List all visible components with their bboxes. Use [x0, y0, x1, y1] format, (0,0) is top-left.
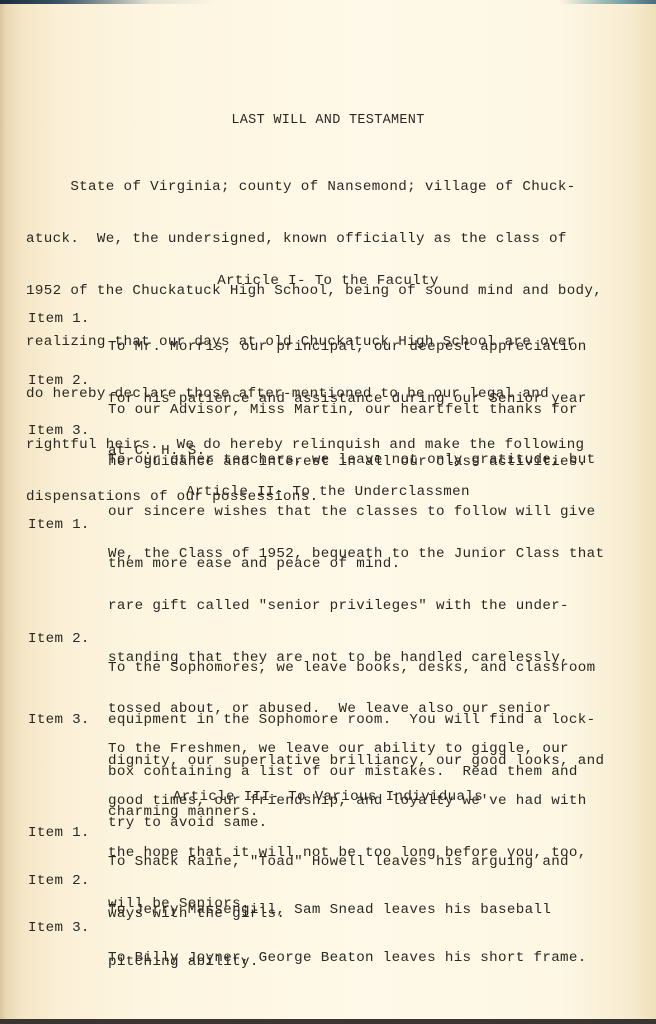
item-label: Item 3.	[28, 920, 90, 936]
document-title: LAST WILL AND TESTAMENT	[0, 113, 656, 128]
item-line: To Billy Joyner, George Beaton leaves hi…	[108, 950, 587, 967]
item-label: Item 2.	[28, 631, 90, 647]
preamble-line: atuck. We, the undersigned, known offici…	[26, 231, 602, 248]
scan-edge-bottom	[0, 1019, 656, 1024]
item-line: To our other teachers, we leave not only…	[108, 452, 596, 469]
item-label: Item 1.	[28, 825, 90, 841]
item-label: Item 1.	[28, 311, 90, 327]
item-label: Item 3.	[28, 712, 90, 728]
item-line: To Mr. Morris, our principal, our deepes…	[108, 339, 587, 356]
article-heading: Article III- To Various Individuals	[0, 789, 656, 805]
article-heading: Article I- To the Faculty	[0, 273, 656, 289]
article-heading: Article II- To the Underclassmen	[0, 484, 656, 500]
item-line: We, the Class of 1952, bequeath to the J…	[108, 546, 604, 563]
item-line: To the Sophomores, we leave books, desks…	[108, 660, 596, 677]
item-label: Item 2.	[28, 373, 90, 389]
item-line: rare gift called "senior privileges" wit…	[108, 598, 604, 615]
scan-edge-top	[0, 0, 656, 4]
item-text: To Billy Joyner, George Beaton leaves hi…	[108, 916, 587, 1002]
preamble-line: State of Virginia; county of Nansemond; …	[26, 179, 602, 196]
item-line: To the Freshmen, we leave our ability to…	[108, 741, 587, 758]
item-label: Item 2.	[28, 873, 90, 889]
item-label: Item 1.	[28, 517, 90, 533]
document-page: LAST WILL AND TESTAMENT State of Virgini…	[0, 0, 656, 1024]
item-label: Item 3.	[28, 423, 90, 439]
